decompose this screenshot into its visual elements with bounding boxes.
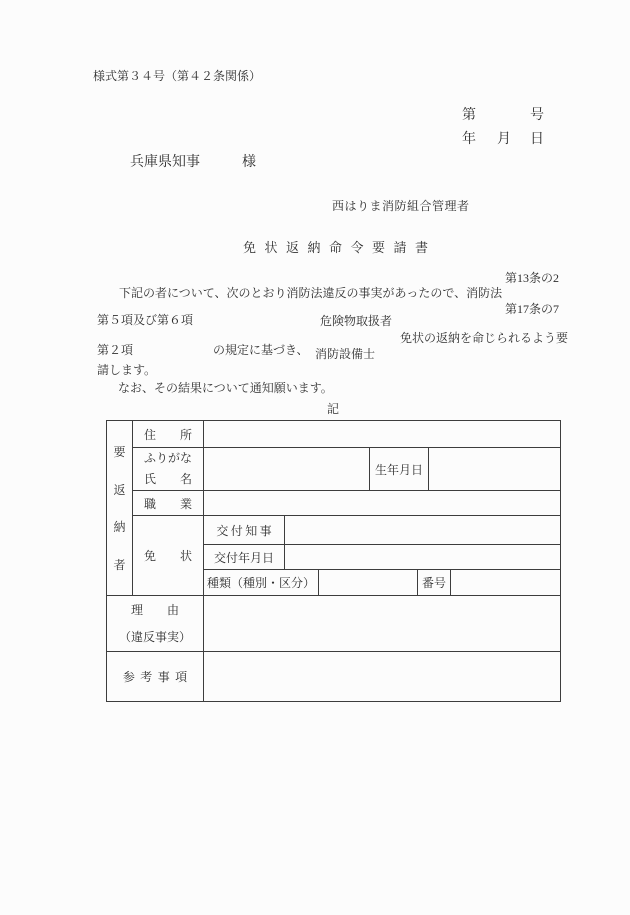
request-line-tail: 請します。 — [97, 363, 156, 378]
paragraph-option-bottom: 第２項 — [97, 343, 133, 358]
date-year-label: 年 — [462, 131, 476, 149]
license-label: 免 状 — [133, 516, 204, 596]
reason-label: 理 由 （違反事実） — [107, 596, 204, 652]
date-day-label: 日 — [530, 131, 544, 149]
date-month-label: 月 — [497, 131, 511, 149]
basis-text: の規定に基づき、 — [213, 343, 309, 358]
occupation-value-cell — [204, 491, 561, 516]
license-number-value-cell — [451, 570, 561, 596]
address-value-cell — [204, 421, 561, 448]
doc-number-suffix: 号 — [530, 107, 544, 125]
remarks-label: 参考事項 — [107, 652, 204, 702]
address-label: 住 所 — [133, 421, 204, 448]
license-type-value-cell — [319, 570, 418, 596]
document-page: 様式第３４号（第４２条関係） 第 号 年 月 日 兵庫県知事 様 西はりま消防組… — [0, 0, 630, 915]
side-label-char: 返 — [113, 481, 125, 498]
name-label: 氏 名 — [135, 469, 201, 490]
side-label-char: 要 — [113, 443, 125, 460]
furigana-label: ふりがな — [135, 448, 201, 469]
paragraph-option-top: 第５項及び第６項 — [97, 313, 193, 328]
license-type-label: 種類（種別・区分） — [204, 570, 319, 596]
issue-date-label: 交付年月日 — [204, 545, 285, 570]
birthdate-label: 生年月日 — [370, 448, 429, 491]
note-line: なお、その結果について通知願います。 — [118, 381, 333, 396]
returnee-table: 要 返 納 者 住 所 ふりがな 氏 名 生年月日 職 業 — [106, 420, 561, 702]
document-title: 免状返納命令要請書 — [243, 240, 437, 256]
addressee: 兵庫県知事 様 — [130, 154, 256, 172]
remarks-value-cell — [204, 652, 561, 702]
clause-option-bottom: 第17条の7 — [505, 302, 559, 317]
issuing-governor-value-cell — [285, 516, 561, 545]
issue-date-value-cell — [285, 545, 561, 570]
sender-name: 西はりま消防組合管理者 — [332, 199, 470, 214]
clause-option-top: 第13条の2 — [505, 271, 559, 286]
furigana-name-label: ふりがな 氏 名 — [133, 448, 204, 491]
side-label-char: 納 — [113, 518, 125, 535]
reason-value-cell — [204, 596, 561, 652]
occupation-label: 職 業 — [133, 491, 204, 516]
record-marker: 記 — [327, 402, 339, 417]
birthdate-value-cell — [429, 448, 561, 491]
issuing-governor-label: 交付知事 — [204, 516, 285, 545]
reason-label-line1: 理 由 — [109, 597, 201, 624]
doc-number-prefix: 第 — [462, 107, 476, 125]
side-label-returnee: 要 返 納 者 — [107, 421, 133, 596]
license-option-bottom: 消防設備士 — [315, 347, 375, 362]
name-value-cell — [204, 448, 370, 491]
license-option-top: 危険物取扱者 — [320, 314, 392, 329]
side-label-char: 者 — [113, 556, 125, 573]
license-number-label: 番号 — [418, 570, 451, 596]
body-main-line: 下記の者について、次のとおり消防法違反の事実があったので、消防法 — [119, 286, 502, 301]
request-line-right: 免状の返納を命じられるよう要 — [400, 331, 568, 346]
reason-label-line2: （違反事実） — [109, 624, 201, 651]
form-number: 様式第３４号（第４２条関係） — [93, 69, 261, 84]
